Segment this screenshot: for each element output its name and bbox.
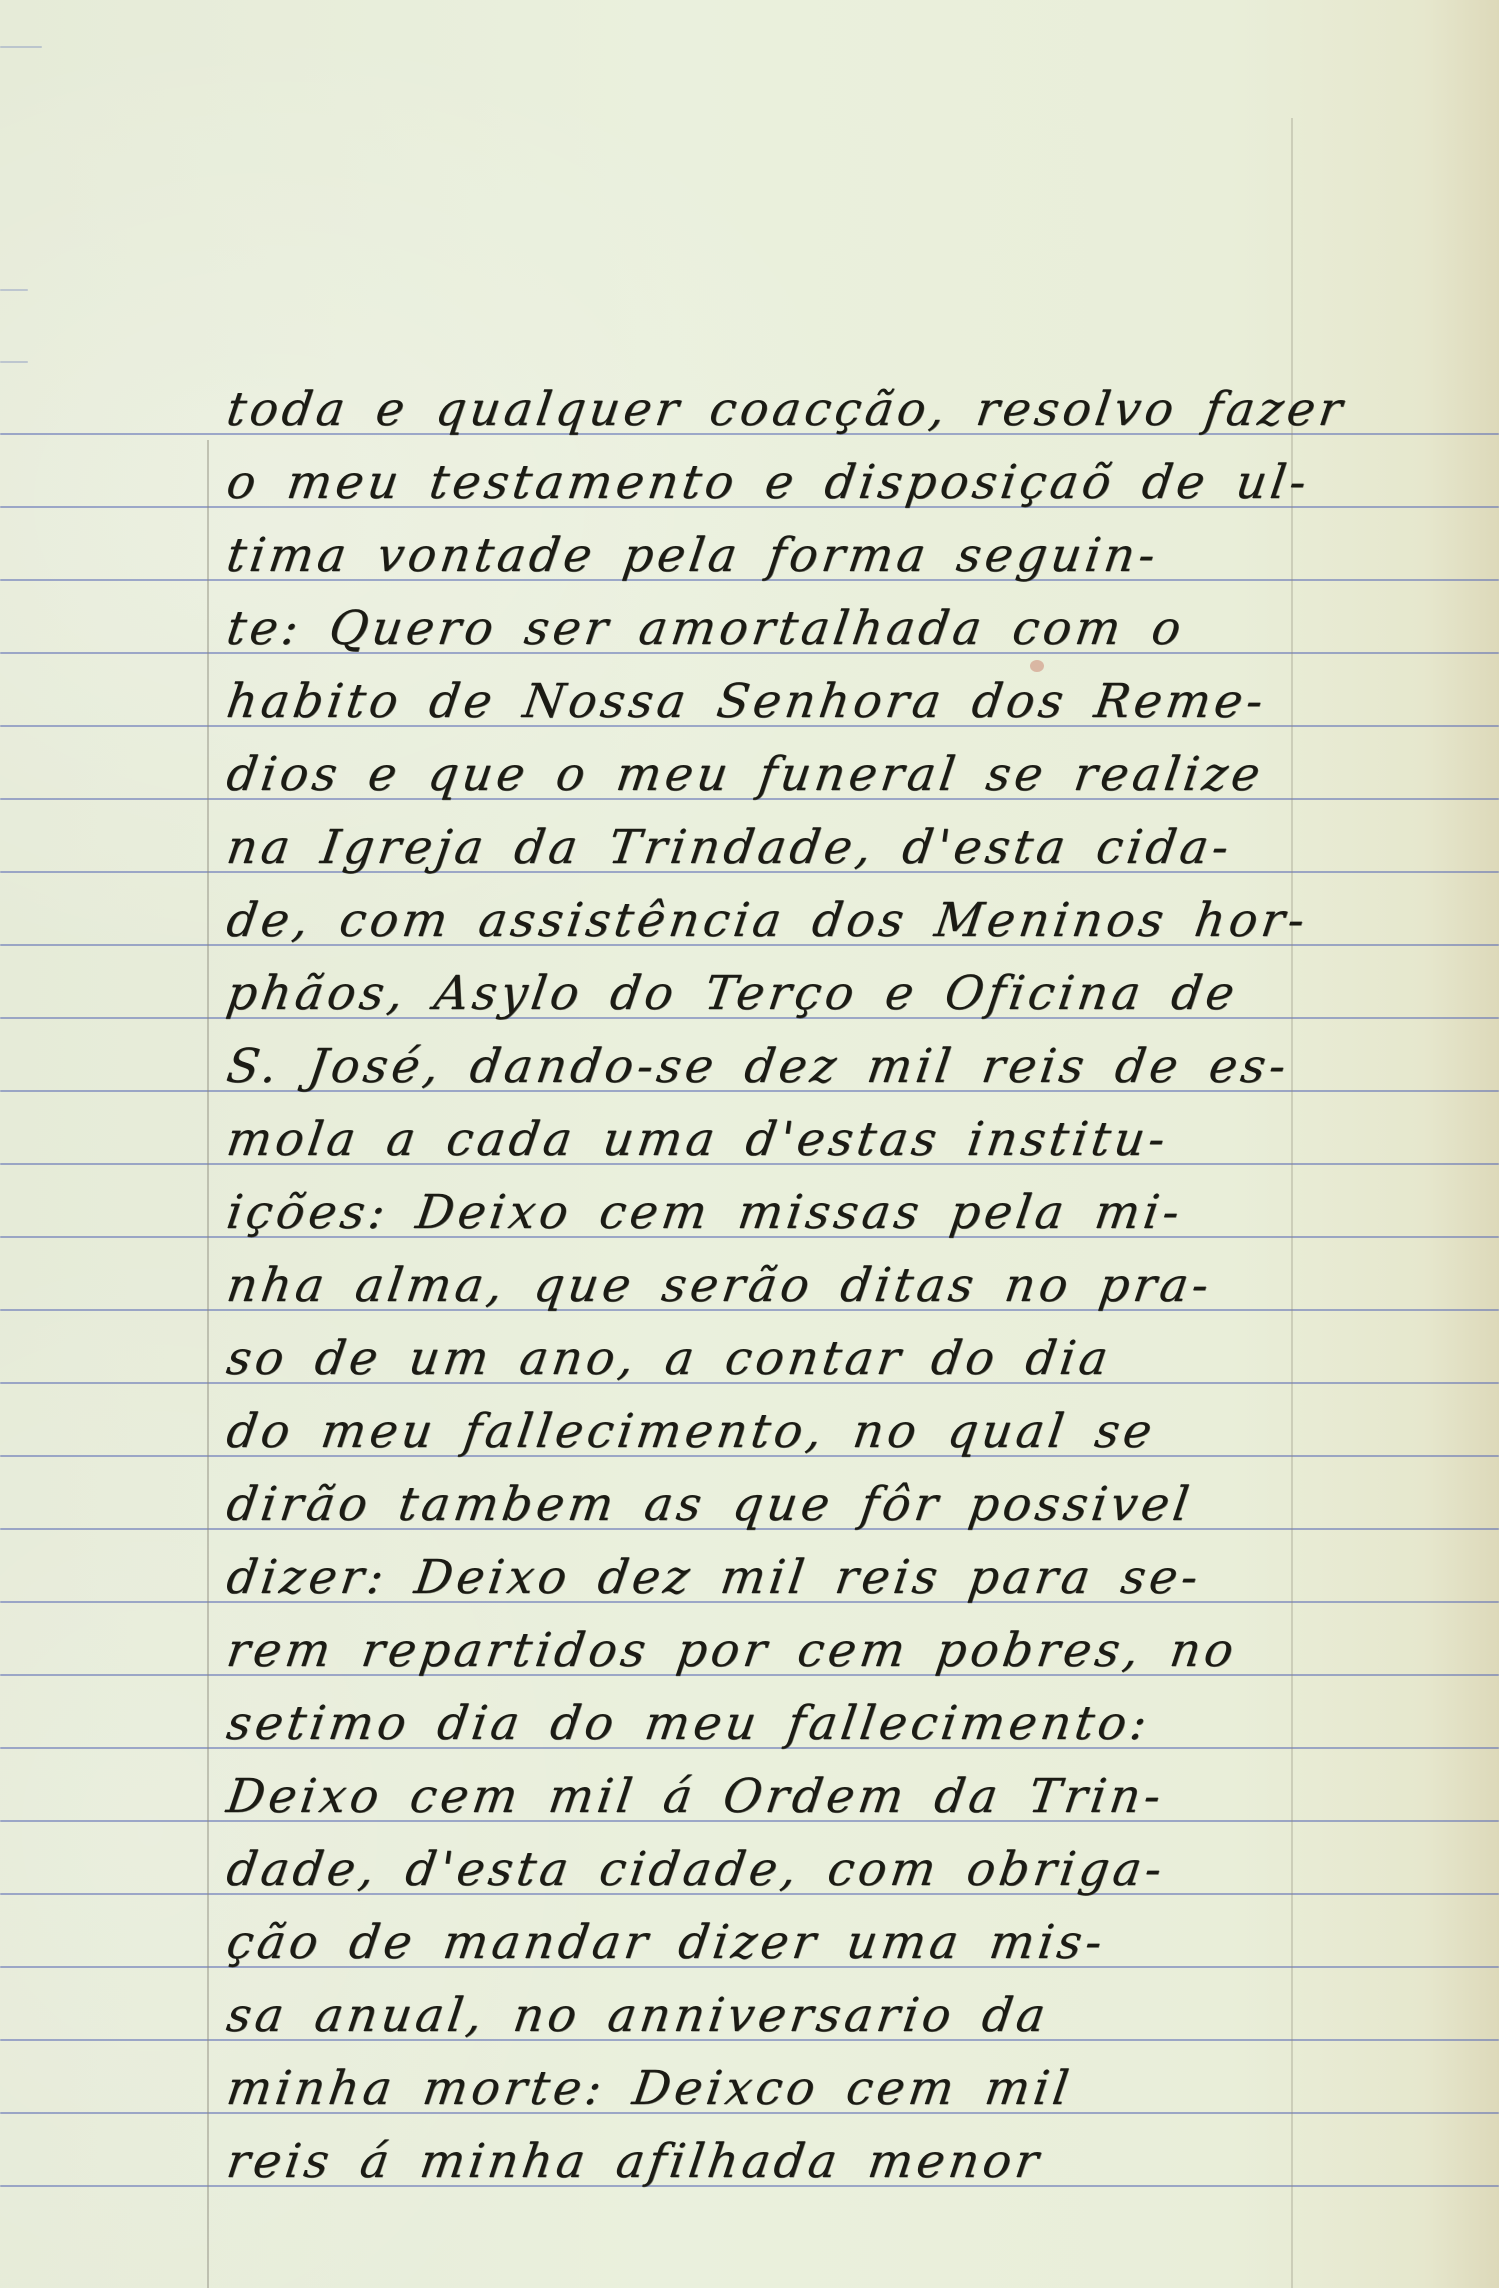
manuscript-line: o meu testamento e disposiçaõ de ul-: [222, 446, 1315, 519]
left-margin-pencil-line: [207, 440, 209, 2288]
manuscript-line: do meu fallecimento, no qual se: [222, 1395, 1160, 1468]
manuscript-line: dizer: Deixo dez mil reis para se-: [222, 1541, 1206, 1614]
manuscript-line: ção de mandar dizer uma mis-: [222, 1906, 1111, 1979]
manuscript-line: de, com assistência dos Meninos hor-: [222, 884, 1313, 957]
manuscript-line: dade, d'esta cidade, com obriga-: [222, 1833, 1170, 1906]
manuscript-line: rem repartidos por cem pobres, no: [222, 1614, 1242, 1687]
manuscript-line: na Igreja da Trindade, d'esta cida-: [222, 811, 1237, 884]
ruled-line-stub: [0, 289, 28, 291]
manuscript-line: mola a cada uma d'estas institu-: [222, 1103, 1174, 1176]
manuscript-line: so de um ano, a contar do dia: [222, 1322, 1116, 1395]
manuscript-line: dios e que o meu funeral se realize: [222, 738, 1268, 811]
manuscript-line: tima vontade pela forma seguin-: [222, 519, 1164, 592]
ruled-line-stub: [0, 46, 42, 48]
manuscript-line: nha alma, que serão ditas no pra-: [222, 1249, 1217, 1322]
manuscript-line: te: Quero ser amortalhada com o: [222, 592, 1189, 665]
manuscript-line: phãos, Asylo do Terço e Oficina de: [222, 957, 1243, 1030]
manuscript-line: S. José, dando-se dez mil reis de es-: [222, 1030, 1294, 1103]
manuscript-line: reis á minha afilhada menor: [222, 2125, 1047, 2198]
manuscript-line: Deixo cem mil á Ordem da Trin-: [222, 1760, 1169, 1833]
notebook-page: toda e qualquer coacção, resolvo fazero …: [0, 0, 1499, 2288]
manuscript-line: ições: Deixo cem missas pela mi-: [222, 1176, 1188, 1249]
manuscript-line: minha morte: Deixco cem mil: [222, 2052, 1077, 2125]
manuscript-line: dirão tambem as que fôr possivel: [222, 1468, 1197, 1541]
manuscript-line: habito de Nossa Senhora dos Reme-: [222, 665, 1271, 738]
manuscript-line: sa anual, no anniversario da: [222, 1979, 1054, 2052]
ruled-line-stub: [0, 361, 28, 363]
manuscript-line: toda e qualquer coacção, resolvo fazer: [222, 373, 1351, 446]
manuscript-line: setimo dia do meu fallecimento:: [222, 1687, 1155, 1760]
